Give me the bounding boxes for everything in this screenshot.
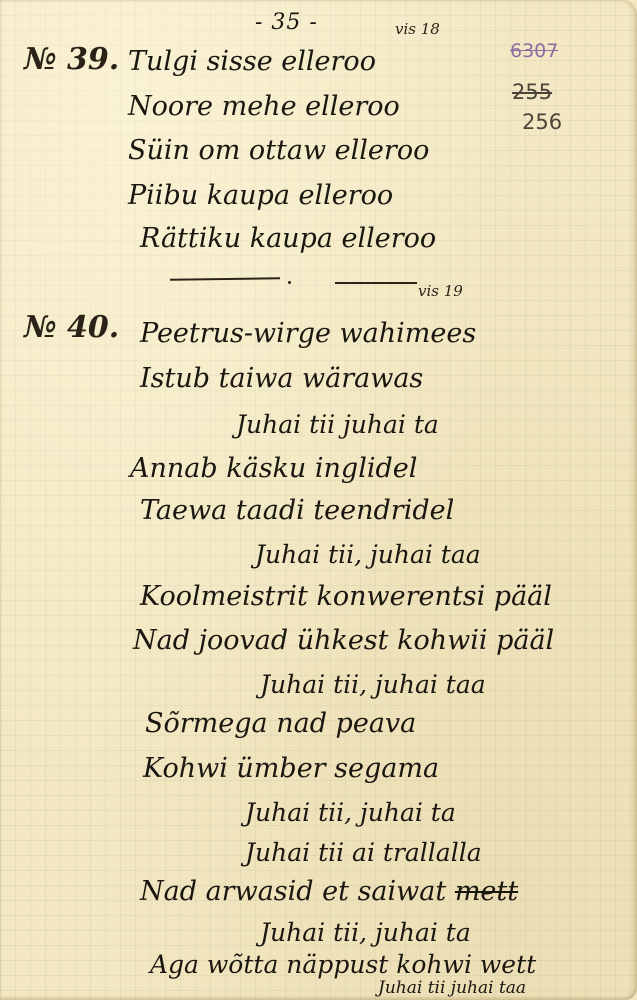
song-40-line-9: Juhai tii, juhai taa <box>260 670 486 699</box>
page-number: - 35 - <box>255 10 318 35</box>
song-39-line-2: Noore mehe elleroo <box>128 93 400 120</box>
section-divider-left <box>170 277 280 280</box>
song-40-variant-note: vis 19 <box>418 282 463 300</box>
song-39-line-5: Rättiku kaupa elleroo <box>140 225 436 252</box>
song-40-line-10: Sõrmega nad peava <box>145 710 416 737</box>
song-40-number: № 40. <box>24 310 119 345</box>
section-divider-dot <box>288 281 291 284</box>
archive-new-number: 256 <box>522 110 562 134</box>
song-40-line-17: Juhai tii juhai taa <box>378 978 526 998</box>
song-39-line-1: Tulgi sisse elleroo <box>128 48 376 75</box>
song-40-line-7: Koolmeistrit konwerentsi pääl <box>140 583 552 610</box>
song-40-line-13: Juhai tii ai trallalla <box>245 838 482 867</box>
song-40-line-5: Taewa taadi teendridel <box>140 497 454 524</box>
song-39-number: № 39. <box>24 42 119 77</box>
struck-word: mett <box>455 876 518 907</box>
song-40-line-15: Juhai tii, juhai ta <box>260 918 471 947</box>
song-40-line-16: Aga wõtta näppust kohwi wett <box>150 952 536 977</box>
song-40-line-3: Juhai tii juhai ta <box>236 410 439 439</box>
song-40-line-8: Nad joovad ühkest kohwii pääl <box>133 627 554 654</box>
song-39-line-4: Piibu kaupa elleroo <box>128 182 393 209</box>
song-39-line-3: Süin om ottaw elleroo <box>128 137 429 164</box>
song-40-line-14: Nad arwasid et saiwat mett <box>140 878 518 905</box>
manuscript-page: - 35 - 6307 255 256 № 39. vis 18 Tulgi s… <box>0 0 637 1000</box>
song-39-variant-note: vis 18 <box>395 20 440 38</box>
song-40-line-4: Annab käsku inglidel <box>130 455 417 482</box>
song-40-line-12: Juhai tii, juhai ta <box>245 798 456 827</box>
song-40-line-11: Kohwi ümber segama <box>143 755 439 782</box>
archive-old-number: 255 <box>512 80 552 104</box>
song-40-line-2: Istub taiwa wärawas <box>140 365 423 392</box>
archive-stamp-code: 6307 <box>510 40 558 62</box>
song-40-line-1: Peetrus-wirge wahimees <box>140 320 476 347</box>
song-40-line-14-text: Nad arwasid et saiwat <box>140 876 446 907</box>
section-divider-right <box>335 282 417 284</box>
song-40-line-6: Juhai tii, juhai taa <box>255 540 481 569</box>
